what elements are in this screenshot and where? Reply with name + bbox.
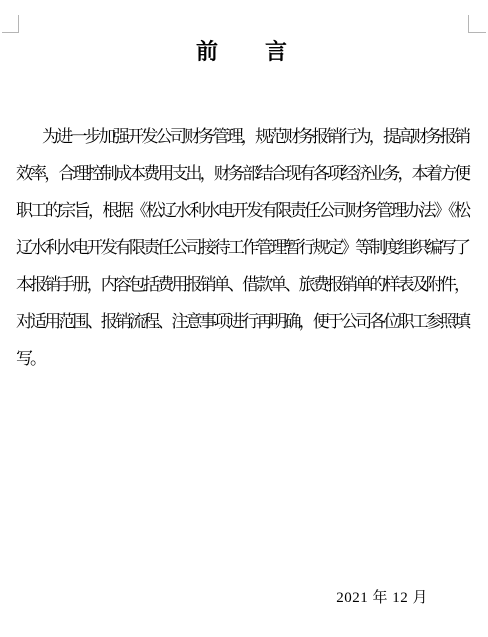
document-page: 前 言 为进一步加强开发公司财务管理，规范财务报销行为，提高财务报销 效率，合理… (0, 0, 488, 637)
margin-mark-top-right-vertical (468, 15, 469, 33)
paragraph-line: 为进一步加强开发公司财务管理，规范财务报销行为，提高财务报销 (16, 118, 468, 155)
body-paragraph: 为进一步加强开发公司财务管理，规范财务报销行为，提高财务报销 效率，合理控制成本… (16, 118, 468, 377)
page-title: 前 言 (16, 37, 468, 67)
paragraph-line: 本报销手册，内容包括费用报销单、借款单、旅费报销单的样表及附件， (16, 266, 468, 303)
margin-mark-top-left-horizontal (2, 32, 19, 33)
paragraph-line: 效率，合理控制成本费用支出，财务部结合现有各项经济业务，本着方便 (16, 155, 468, 192)
margin-mark-top-right-horizontal (468, 32, 486, 33)
margin-mark-top-left-vertical (18, 15, 19, 33)
date-stamp: 2021 年 12 月 (336, 589, 428, 607)
paragraph-line: 写。 (16, 340, 468, 377)
paragraph-line: 职工的宗旨，根据《松辽水利水电开发有限责任公司财务管理办法》《松 (16, 192, 468, 229)
paragraph-line: 辽水利水电开发有限责任公司接待工作管理暂行规定》等制度组织编写了 (16, 229, 468, 266)
paragraph-line: 对适用范围、报销流程、注意事项进行再明确，便于公司各位职工参照填 (16, 303, 468, 340)
